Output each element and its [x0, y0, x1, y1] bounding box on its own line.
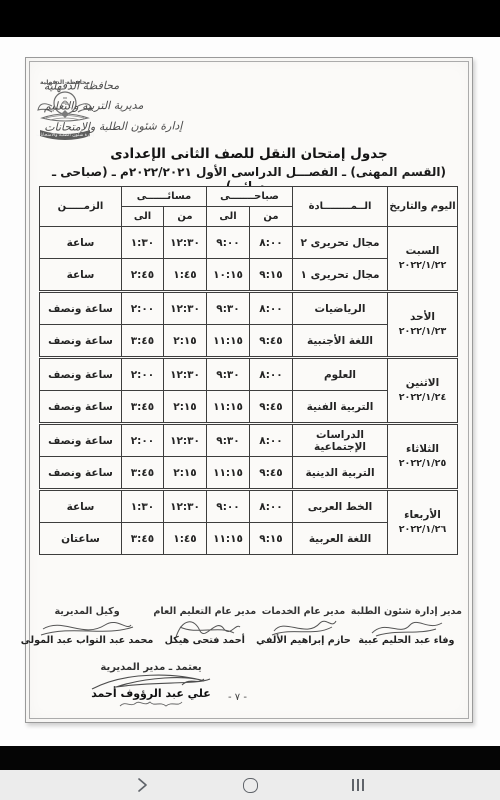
day-cell: الاثنين ٢٠٢٢/١/٢٤	[388, 358, 458, 424]
col-header-evening: مسائــــــى	[121, 187, 206, 207]
time-cell: ٩:٤٥	[250, 457, 293, 490]
time-cell: ١١:١٥	[207, 457, 250, 490]
document-frame: محافظة الدقهلية إدارة شئون الطلبة والامت…	[29, 61, 469, 719]
page-number: - ٧ -	[228, 692, 247, 703]
subject-cell: الخط العربى	[293, 490, 388, 523]
approval-name: علي عبد الرؤوف أحمد	[76, 687, 226, 700]
day-date: ٢٠٢٢/١/٢٦	[388, 523, 457, 537]
subject-cell: الرياضيات	[293, 292, 388, 325]
table-row: الأحد ٢٠٢٢/١/٢٣ الرياضيات ٨:٠٠ ٩:٣٠ ١٢:٣…	[39, 292, 457, 325]
time-cell: ١١:١٥	[207, 391, 250, 424]
time-cell: ٢:٠٠	[121, 358, 163, 391]
bottom-black-bar	[0, 746, 500, 770]
time-cell: ١١:١٥	[207, 523, 250, 555]
time-cell: ٣:٤٥	[121, 457, 163, 490]
table-row: الثلاثاء ٢٠٢٢/١/٢٥ الدراسات الإجتماعية ٨…	[39, 424, 457, 457]
signature-name: وفاء عبد الحليم عبية	[351, 635, 462, 646]
day-cell: الأحد ٢٠٢٢/١/٢٣	[388, 292, 458, 358]
time-cell: ١٢:٣٠	[164, 358, 207, 391]
time-cell: ٢:١٥	[164, 457, 207, 490]
status-bar	[0, 0, 500, 37]
time-cell: ٢:٠٠	[121, 424, 163, 457]
duration-cell: ساعة ونصف	[39, 424, 121, 457]
duration-cell: ساعة	[39, 227, 121, 259]
letterhead: محافظة الدقهلية مديرية التربية والتعليم …	[44, 75, 183, 137]
signature-name: حازم إبراهيم الألفي	[256, 635, 351, 646]
approval-block: يعتمد ـ مدير المديرية علي عبد الرؤوف أحم…	[76, 662, 226, 710]
col-header-from: من	[250, 207, 293, 227]
signature-block: وكيل المديرية محمد عبد التواب عبد المولى	[21, 606, 154, 646]
time-cell: ٢:٤٥	[121, 259, 163, 292]
day-cell: السبت ٢٠٢٢/١/٢٢	[388, 227, 458, 292]
day-date: ٢٠٢٢/١/٢٣	[388, 325, 457, 339]
time-cell: ٩:٤٥	[250, 325, 293, 358]
duration-cell: ساعة	[39, 259, 121, 292]
signature-title: مدير إدارة شئون الطلبة	[351, 606, 462, 617]
home-icon	[243, 778, 258, 793]
letterhead-line-2: مديرية التربية والتعليم	[44, 96, 182, 118]
signatures-row: مدير إدارة شئون الطلبة وفاء عبد الحليم ع…	[36, 606, 462, 646]
time-cell: ٨:٠٠	[250, 358, 293, 391]
back-button[interactable]	[133, 776, 151, 794]
col-header-to: الى	[121, 207, 163, 227]
time-cell: ٩:٠٠	[207, 490, 250, 523]
subject-cell: مجال تحريرى ٢	[293, 227, 388, 259]
document-viewer[interactable]: محافظة الدقهلية إدارة شئون الطلبة والامت…	[0, 37, 500, 746]
day-name: الاثنين	[388, 376, 457, 392]
col-header-to: الى	[207, 207, 250, 227]
subject-cell: الدراسات الإجتماعية	[293, 424, 388, 457]
time-cell: ٢:٠٠	[121, 292, 163, 325]
signature-block: مدير عام الخدمات حازم إبراهيم الألفي	[256, 606, 351, 646]
col-header-duration: الزمـــــن	[39, 187, 121, 227]
duration-cell: ساعة ونصف	[39, 457, 121, 490]
col-header-subject: الــمــــــــادة	[293, 187, 388, 227]
recents-button[interactable]	[349, 776, 367, 794]
signature-name: أحمد فتحى هيكل	[153, 635, 256, 646]
time-cell: ١٢:٣٠	[164, 227, 207, 259]
duration-cell: ساعة ونصف	[39, 292, 121, 325]
time-cell: ١٠:١٥	[207, 259, 250, 292]
exam-schedule-table: اليوم والتاريخ الــمــــــــادة صباحــــ…	[39, 186, 458, 555]
subject-cell: اللغة العربية	[293, 523, 388, 555]
time-cell: ١٢:٣٠	[164, 424, 207, 457]
phone-screen: محافظة الدقهلية إدارة شئون الطلبة والامت…	[0, 0, 500, 800]
signature-block: مدير إدارة شئون الطلبة وفاء عبد الحليم ع…	[351, 606, 462, 646]
subject-cell: مجال تحريرى ١	[293, 259, 388, 292]
table-row: السبت ٢٠٢٢/١/٢٢ مجال تحريرى ٢ ٨:٠٠ ٩:٠٠ …	[39, 227, 457, 259]
time-cell: ٢:١٥	[164, 391, 207, 424]
time-cell: ٣:٤٥	[121, 391, 163, 424]
time-cell: ٣:٤٥	[121, 325, 163, 358]
time-cell: ٩:٤٥	[250, 391, 293, 424]
time-cell: ٨:٠٠	[250, 424, 293, 457]
time-cell: ١:٣٠	[121, 227, 163, 259]
time-cell: ٩:٣٠	[207, 292, 250, 325]
signature-block: مدير عام التعليم العام أحمد فتحى هيكل	[153, 606, 256, 646]
subject-cell: اللغة الأجنبية	[293, 325, 388, 358]
col-header-from: من	[164, 207, 207, 227]
subject-cell: العلوم	[293, 358, 388, 391]
signature-name: محمد عبد التواب عبد المولى	[21, 635, 154, 646]
time-cell: ٩:٣٠	[207, 358, 250, 391]
time-cell: ١١:١٥	[207, 325, 250, 358]
time-cell: ٣:٤٥	[121, 523, 163, 555]
day-name: الأربعاء	[388, 508, 457, 524]
time-cell: ٩:١٥	[250, 259, 293, 292]
col-header-day: اليوم والتاريخ	[388, 187, 458, 227]
letterhead-line-3: إدارة شئون الطلبة والإمتحانات	[44, 116, 182, 138]
time-cell: ٨:٠٠	[250, 292, 293, 325]
day-date: ٢٠٢٢/١/٢٥	[388, 457, 457, 471]
time-cell: ٨:٠٠	[250, 490, 293, 523]
time-cell: ٩:١٥	[250, 523, 293, 555]
day-name: الثلاثاء	[388, 442, 457, 458]
time-cell: ٩:٣٠	[207, 424, 250, 457]
day-cell: الأربعاء ٢٠٢٢/١/٢٦	[388, 490, 458, 555]
duration-cell: ساعة ونصف	[39, 325, 121, 358]
time-cell: ١:٣٠	[121, 490, 163, 523]
day-name: السبت	[388, 244, 457, 260]
time-cell: ٢:١٥	[164, 325, 207, 358]
recents-icon	[352, 779, 364, 791]
signature-title: مدير عام الخدمات	[256, 606, 351, 617]
android-navigation-bar	[0, 770, 500, 800]
subject-cell: التربية الدينية	[293, 457, 388, 490]
time-cell: ١٢:٣٠	[164, 292, 207, 325]
time-cell: ١:٤٥	[164, 259, 207, 292]
day-date: ٢٠٢٢/١/٢٤	[388, 391, 457, 405]
duration-cell: ساعة ونصف	[39, 358, 121, 391]
subject-cell: التربية الفنية	[293, 391, 388, 424]
duration-cell: ساعتان	[39, 523, 121, 555]
home-button[interactable]	[241, 776, 259, 794]
time-cell: ٩:٠٠	[207, 227, 250, 259]
day-name: الأحد	[388, 310, 457, 326]
duration-cell: ساعة	[39, 490, 121, 523]
document-page: محافظة الدقهلية إدارة شئون الطلبة والامت…	[25, 57, 473, 723]
table-row: الأربعاء ٢٠٢٢/١/٢٦ الخط العربى ٨:٠٠ ٩:٠٠…	[39, 490, 457, 523]
letterhead-line-1: محافظة الدقهلية	[44, 75, 182, 97]
time-cell: ١٢:٣٠	[164, 490, 207, 523]
document-title: جدول إمتحان النقل للصف الثانى الإعدادى	[30, 146, 468, 162]
table-row: الاثنين ٢٠٢٢/١/٢٤ العلوم ٨:٠٠ ٩:٣٠ ١٢:٣٠…	[39, 358, 457, 391]
day-cell: الثلاثاء ٢٠٢٢/١/٢٥	[388, 424, 458, 490]
day-date: ٢٠٢٢/١/٢٢	[388, 259, 457, 273]
time-cell: ١:٤٥	[164, 523, 207, 555]
duration-cell: ساعة ونصف	[39, 391, 121, 424]
time-cell: ٨:٠٠	[250, 227, 293, 259]
back-chevron-icon	[135, 777, 149, 793]
signature-title: مدير عام التعليم العام	[153, 606, 256, 617]
col-header-morning: صباحـــــــى	[207, 187, 293, 207]
